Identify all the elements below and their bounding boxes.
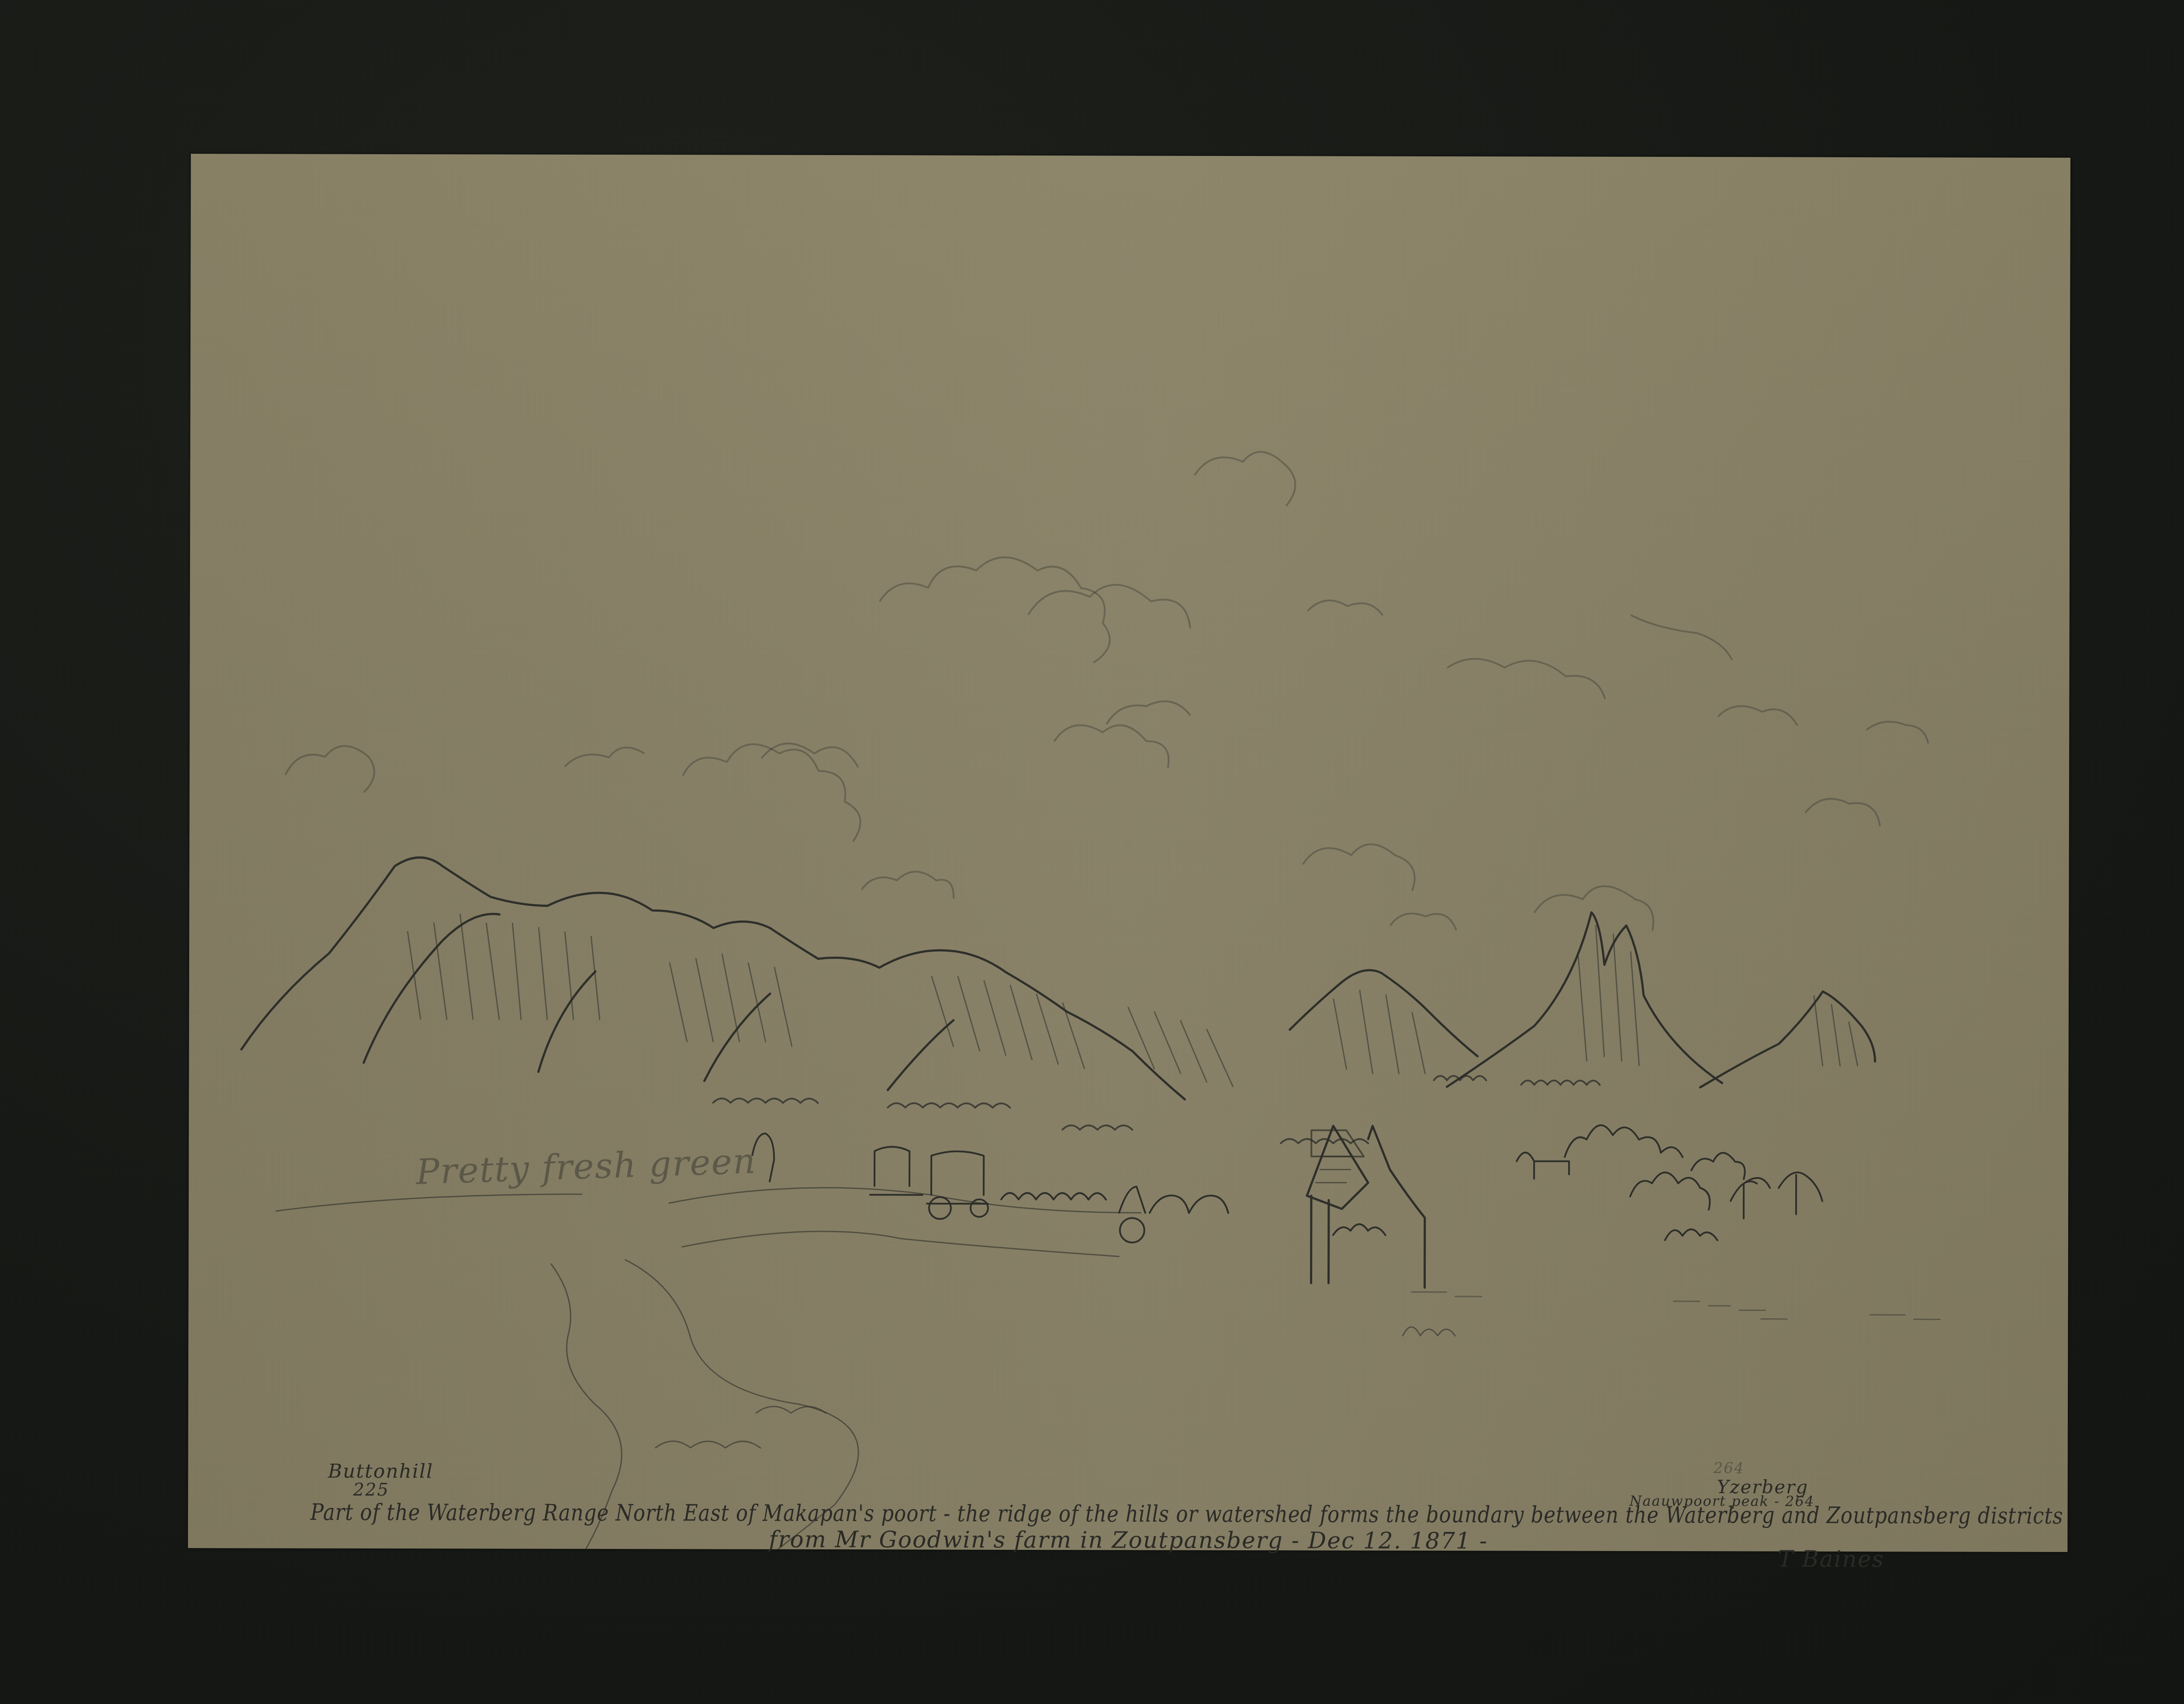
tree-line <box>713 1075 1600 1144</box>
right-peak <box>1700 991 1875 1088</box>
foreground-grass <box>1411 1292 1940 1320</box>
left-mountain-range <box>241 857 1185 1099</box>
twin-peaks <box>1447 912 1723 1087</box>
mountain-hatching <box>408 914 1234 1086</box>
foreground-road <box>275 1186 1455 1552</box>
farmhouse <box>1307 1126 1425 1288</box>
faint-number: 264 <box>1714 1459 1745 1477</box>
landscape-sketch <box>188 154 2070 1552</box>
right-bushes <box>1311 1125 1823 1241</box>
hill-label: Buttonhill <box>328 1460 434 1483</box>
peak-sublabel: Naauwpoort peak - 264 <box>1630 1493 1815 1510</box>
middle-peak <box>1290 970 1478 1074</box>
hill-number: 225 <box>353 1480 389 1500</box>
clouds <box>285 450 1928 931</box>
caption-line-2: from Mr Goodwin's farm in Zoutpansberg -… <box>769 1527 1488 1554</box>
artist-signature: T Baines <box>1778 1546 1884 1573</box>
drawing-paper: Pretty fresh green Buttonhill 225 Part o… <box>188 154 2070 1552</box>
